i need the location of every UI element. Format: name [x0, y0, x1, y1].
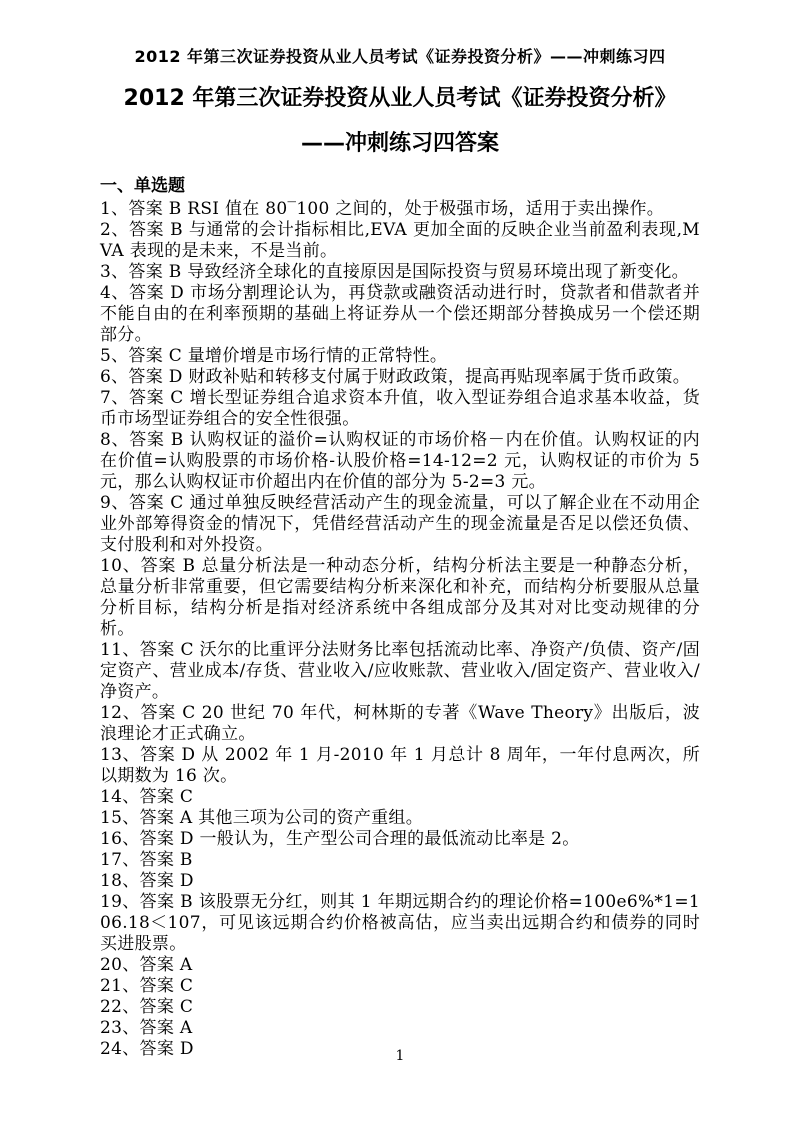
- document-page: 2012 年第三次证券投资从业人员考试《证券投资分析》——冲刺练习四 2012 …: [0, 0, 800, 1131]
- answer-item: 6、答案 D 财政补贴和转移支付属于财政政策，提高再贴现率属于货币政策。: [100, 367, 700, 388]
- answer-item: 9、答案 C 通过单独反映经营活动产生的现金流量，可以了解企业在不动用企业外部筹…: [100, 493, 700, 556]
- page-number: 1: [0, 1048, 800, 1064]
- answer-item: 14、答案 C: [100, 787, 700, 808]
- answer-item: 1、答案 B RSI 值在 80‾100 之间的，处于极强市场，适用于卖出操作。: [100, 199, 700, 220]
- answer-item: 7、答案 C 增长型证券组合追求资本升值，收入型证券组合追求基本收益，货币市场型…: [100, 388, 700, 430]
- answer-item: 18、答案 D: [100, 871, 700, 892]
- running-header: 2012 年第三次证券投资从业人员考试《证券投资分析》——冲刺练习四: [80, 46, 720, 68]
- answer-item: 3、答案 B 导致经济全球化的直接原因是国际投资与贸易环境出现了新变化。: [100, 262, 700, 283]
- answer-item: 13、答案 D 从 2002 年 1 月-2010 年 1 月总计 8 周年，一…: [100, 745, 700, 787]
- document-subtitle: ——冲刺练习四答案: [100, 129, 700, 159]
- answer-item: 15、答案 A 其他三项为公司的资产重组。: [100, 808, 700, 829]
- answer-item: 16、答案 D 一般认为，生产型公司合理的最低流动比率是 2。: [100, 829, 700, 850]
- answer-item: 5、答案 C 量增价增是市场行情的正常特性。: [100, 346, 700, 367]
- answer-item: 17、答案 B: [100, 850, 700, 871]
- answer-item: 21、答案 C: [100, 976, 700, 997]
- answer-item: 22、答案 C: [100, 997, 700, 1018]
- answer-list: 1、答案 B RSI 值在 80‾100 之间的，处于极强市场，适用于卖出操作。…: [100, 199, 700, 1060]
- answer-item: 23、答案 A: [100, 1018, 700, 1039]
- answer-item: 8、答案 B 认购权证的溢价=认购权证的市场价格－内在价值。认购权证的内在价值=…: [100, 430, 700, 493]
- answer-item: 10、答案 B 总量分析法是一种动态分析，结构分析法主要是一种静态分析，总量分析…: [100, 556, 700, 640]
- answer-item: 12、答案 C 20 世纪 70 年代，柯林斯的专著《Wave Theory》出…: [100, 703, 700, 745]
- answer-item: 20、答案 A: [100, 955, 700, 976]
- answer-item: 11、答案 C 沃尔的比重评分法财务比率包括流动比率、净资产/负债、资产/固定资…: [100, 640, 700, 703]
- answer-item: 4、答案 D 市场分割理论认为，再贷款或融资活动进行时，贷款者和借款者并不能自由…: [100, 283, 700, 346]
- document-title: 2012 年第三次证券投资从业人员考试《证券投资分析》: [70, 84, 730, 114]
- answer-item: 19、答案 B 该股票无分红，则其 1 年期远期合约的理论价格=100e6%*1…: [100, 892, 700, 955]
- section-heading: 一、单选题: [100, 176, 700, 197]
- answer-item: 2、答案 B 与通常的会计指标相比,EVA 更加全面的反映企业当前盈利表现,MV…: [100, 220, 700, 262]
